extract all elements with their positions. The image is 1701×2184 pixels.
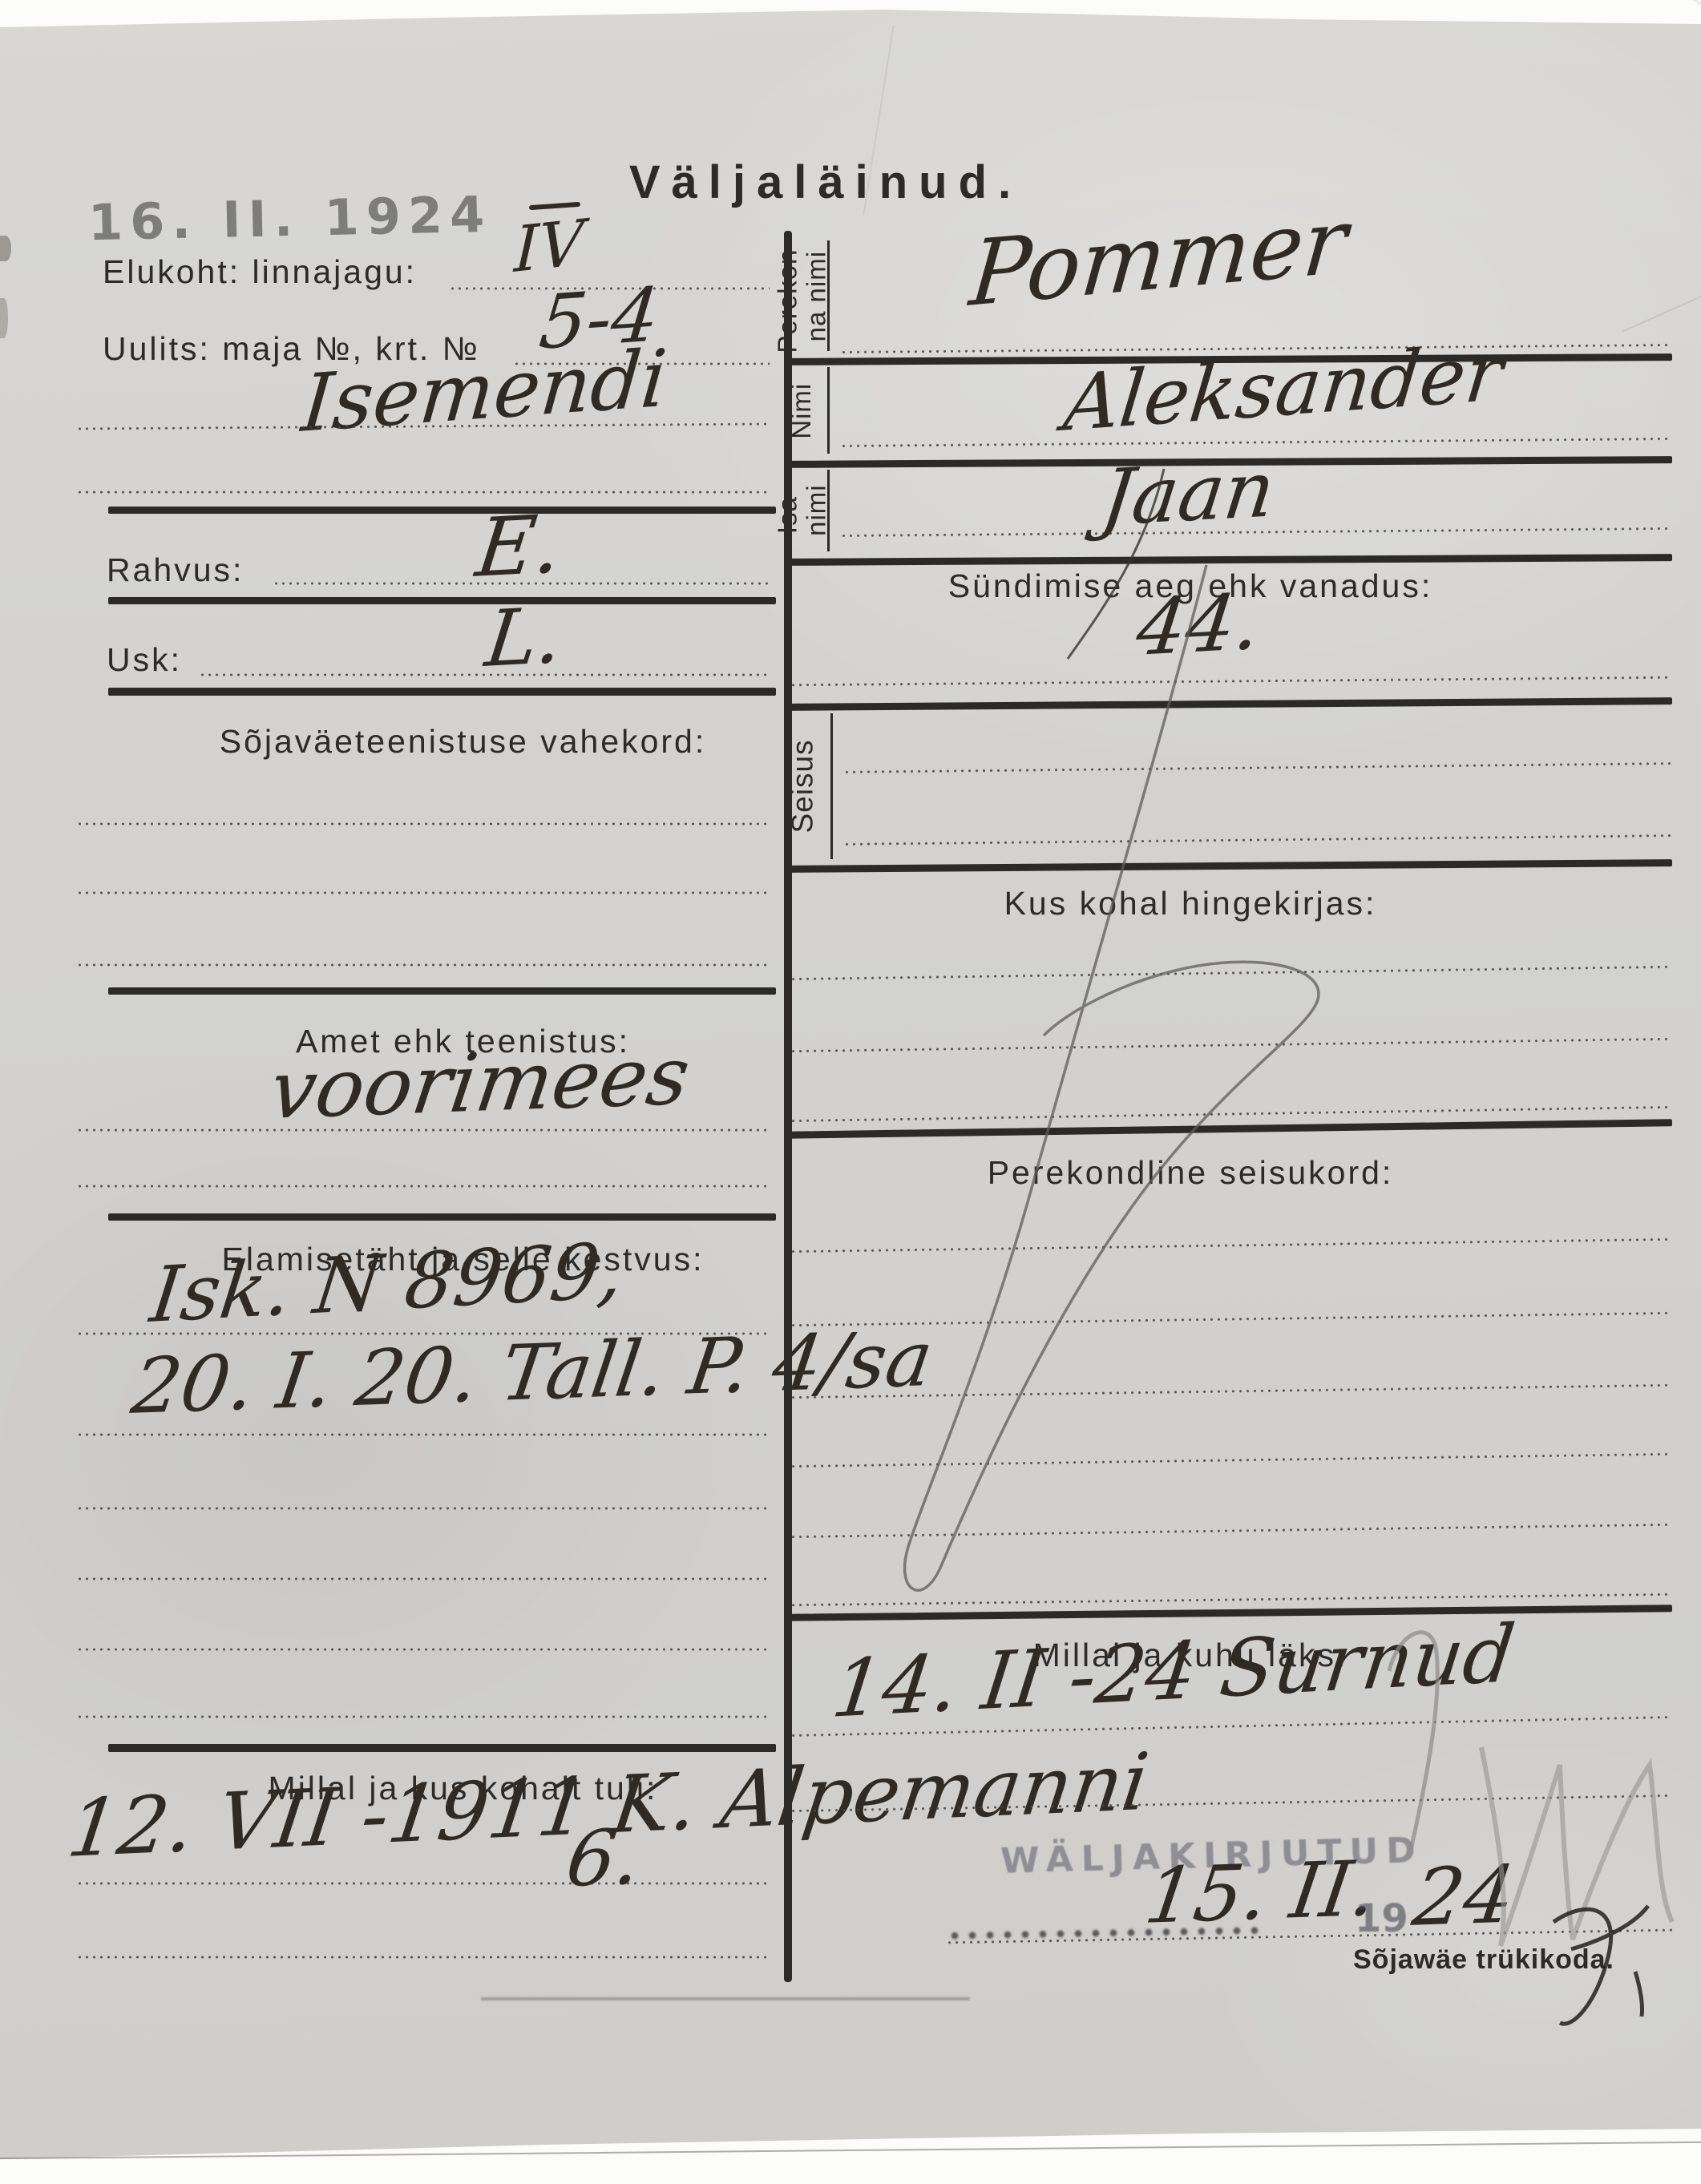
dotted-line (76, 1507, 770, 1510)
perekondline-label: Perekondline seisukord: (790, 1154, 1591, 1192)
isanimi-label-line2: nimi (802, 485, 830, 537)
perekonnanimi-label-line2: na nimi (802, 240, 830, 353)
rahvus-label: Rahvus: (107, 551, 244, 589)
isanimi-label-line1: Isa- (773, 485, 802, 537)
rule-line (108, 688, 776, 696)
dotted-line (76, 963, 770, 967)
valja-date-year: 24 (1408, 1849, 1521, 1944)
dotted-line (76, 1577, 770, 1580)
dotted-line (76, 1185, 770, 1188)
isanimi-label: Isa- nimi (776, 468, 827, 553)
label-separator (830, 713, 833, 859)
rule-line (108, 597, 776, 604)
rahvus-value: E. (471, 497, 567, 595)
rule-line (108, 507, 776, 514)
dotted-line (76, 822, 770, 826)
dotted-line (76, 1956, 770, 1959)
scanned-registration-card: 16. II. 1924 Väljaläinud. Elukoht: linna… (0, 0, 1701, 2184)
elukoht-label: Elukoht: linnajagu: (103, 253, 417, 291)
usk-value: L. (481, 590, 568, 684)
sojavae-label: Sõjaväeteenistuse vahekord: (84, 723, 842, 761)
rule-line (108, 1213, 776, 1221)
usk-label: Usk: (107, 641, 182, 679)
perekonnanimi-label-line1: Perekon- (773, 240, 802, 353)
rule-line (108, 1744, 776, 1752)
dotted-line (76, 891, 770, 894)
rule-line (108, 987, 776, 995)
hingekirjas-label: Kus kohal hingekirjas: (790, 885, 1591, 922)
label-separator (827, 367, 830, 454)
tuli-value-2: 6. (561, 1813, 646, 1904)
dotted-line (76, 1128, 770, 1132)
dotted-line (76, 490, 770, 494)
dotted-line (76, 1648, 770, 1651)
amet-value: voorimees (265, 1028, 695, 1137)
received-date-stamp: 16. II. 1924 (87, 185, 492, 252)
isanimi-value: Jaan (1097, 444, 1279, 543)
nimi-label: Nimi (776, 367, 827, 455)
sundimise-value: 44. (1132, 576, 1265, 673)
valja-date-day: 15. II. (1140, 1844, 1382, 1941)
perekonnanimi-label: Perekon- na nimi (776, 240, 827, 353)
dotted-line (76, 1715, 770, 1718)
page-title: Väljaläinud. (625, 155, 1026, 209)
printer-label: Sõjawäe trükikoda. (1353, 1944, 1614, 1976)
dotted-line (76, 1882, 770, 1885)
elukoht-value: IV (513, 207, 585, 287)
seisus-label: Seisus (776, 713, 830, 859)
dotted-line (76, 1433, 770, 1436)
